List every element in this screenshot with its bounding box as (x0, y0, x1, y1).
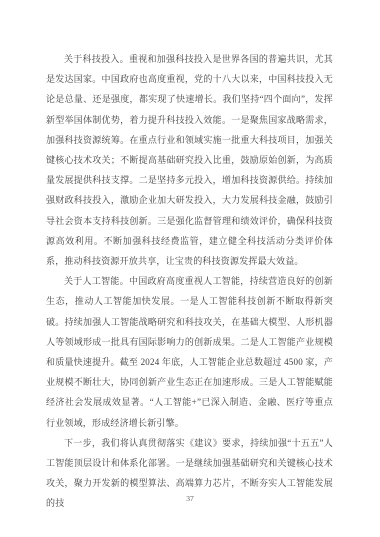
paragraph-science-investment: 关于科技投入。重视和加强科技投入是世界各国的普遍共识，尤其是发达国家。中国政府也… (46, 49, 333, 271)
document-page: 关于科技投入。重视和加强科技投入是世界各国的普遍共识，尤其是发达国家。中国政府也… (0, 0, 380, 537)
paragraph-artificial-intelligence: 关于人工智能。中国政府高度重视人工智能，持续营造良好的创新生态，推动人工智能加快… (46, 271, 333, 433)
page-number: 37 (0, 494, 380, 504)
body-text: 关于科技投入。重视和加强科技投入是世界各国的普遍共识，尤其是发达国家。中国政府也… (46, 49, 333, 514)
